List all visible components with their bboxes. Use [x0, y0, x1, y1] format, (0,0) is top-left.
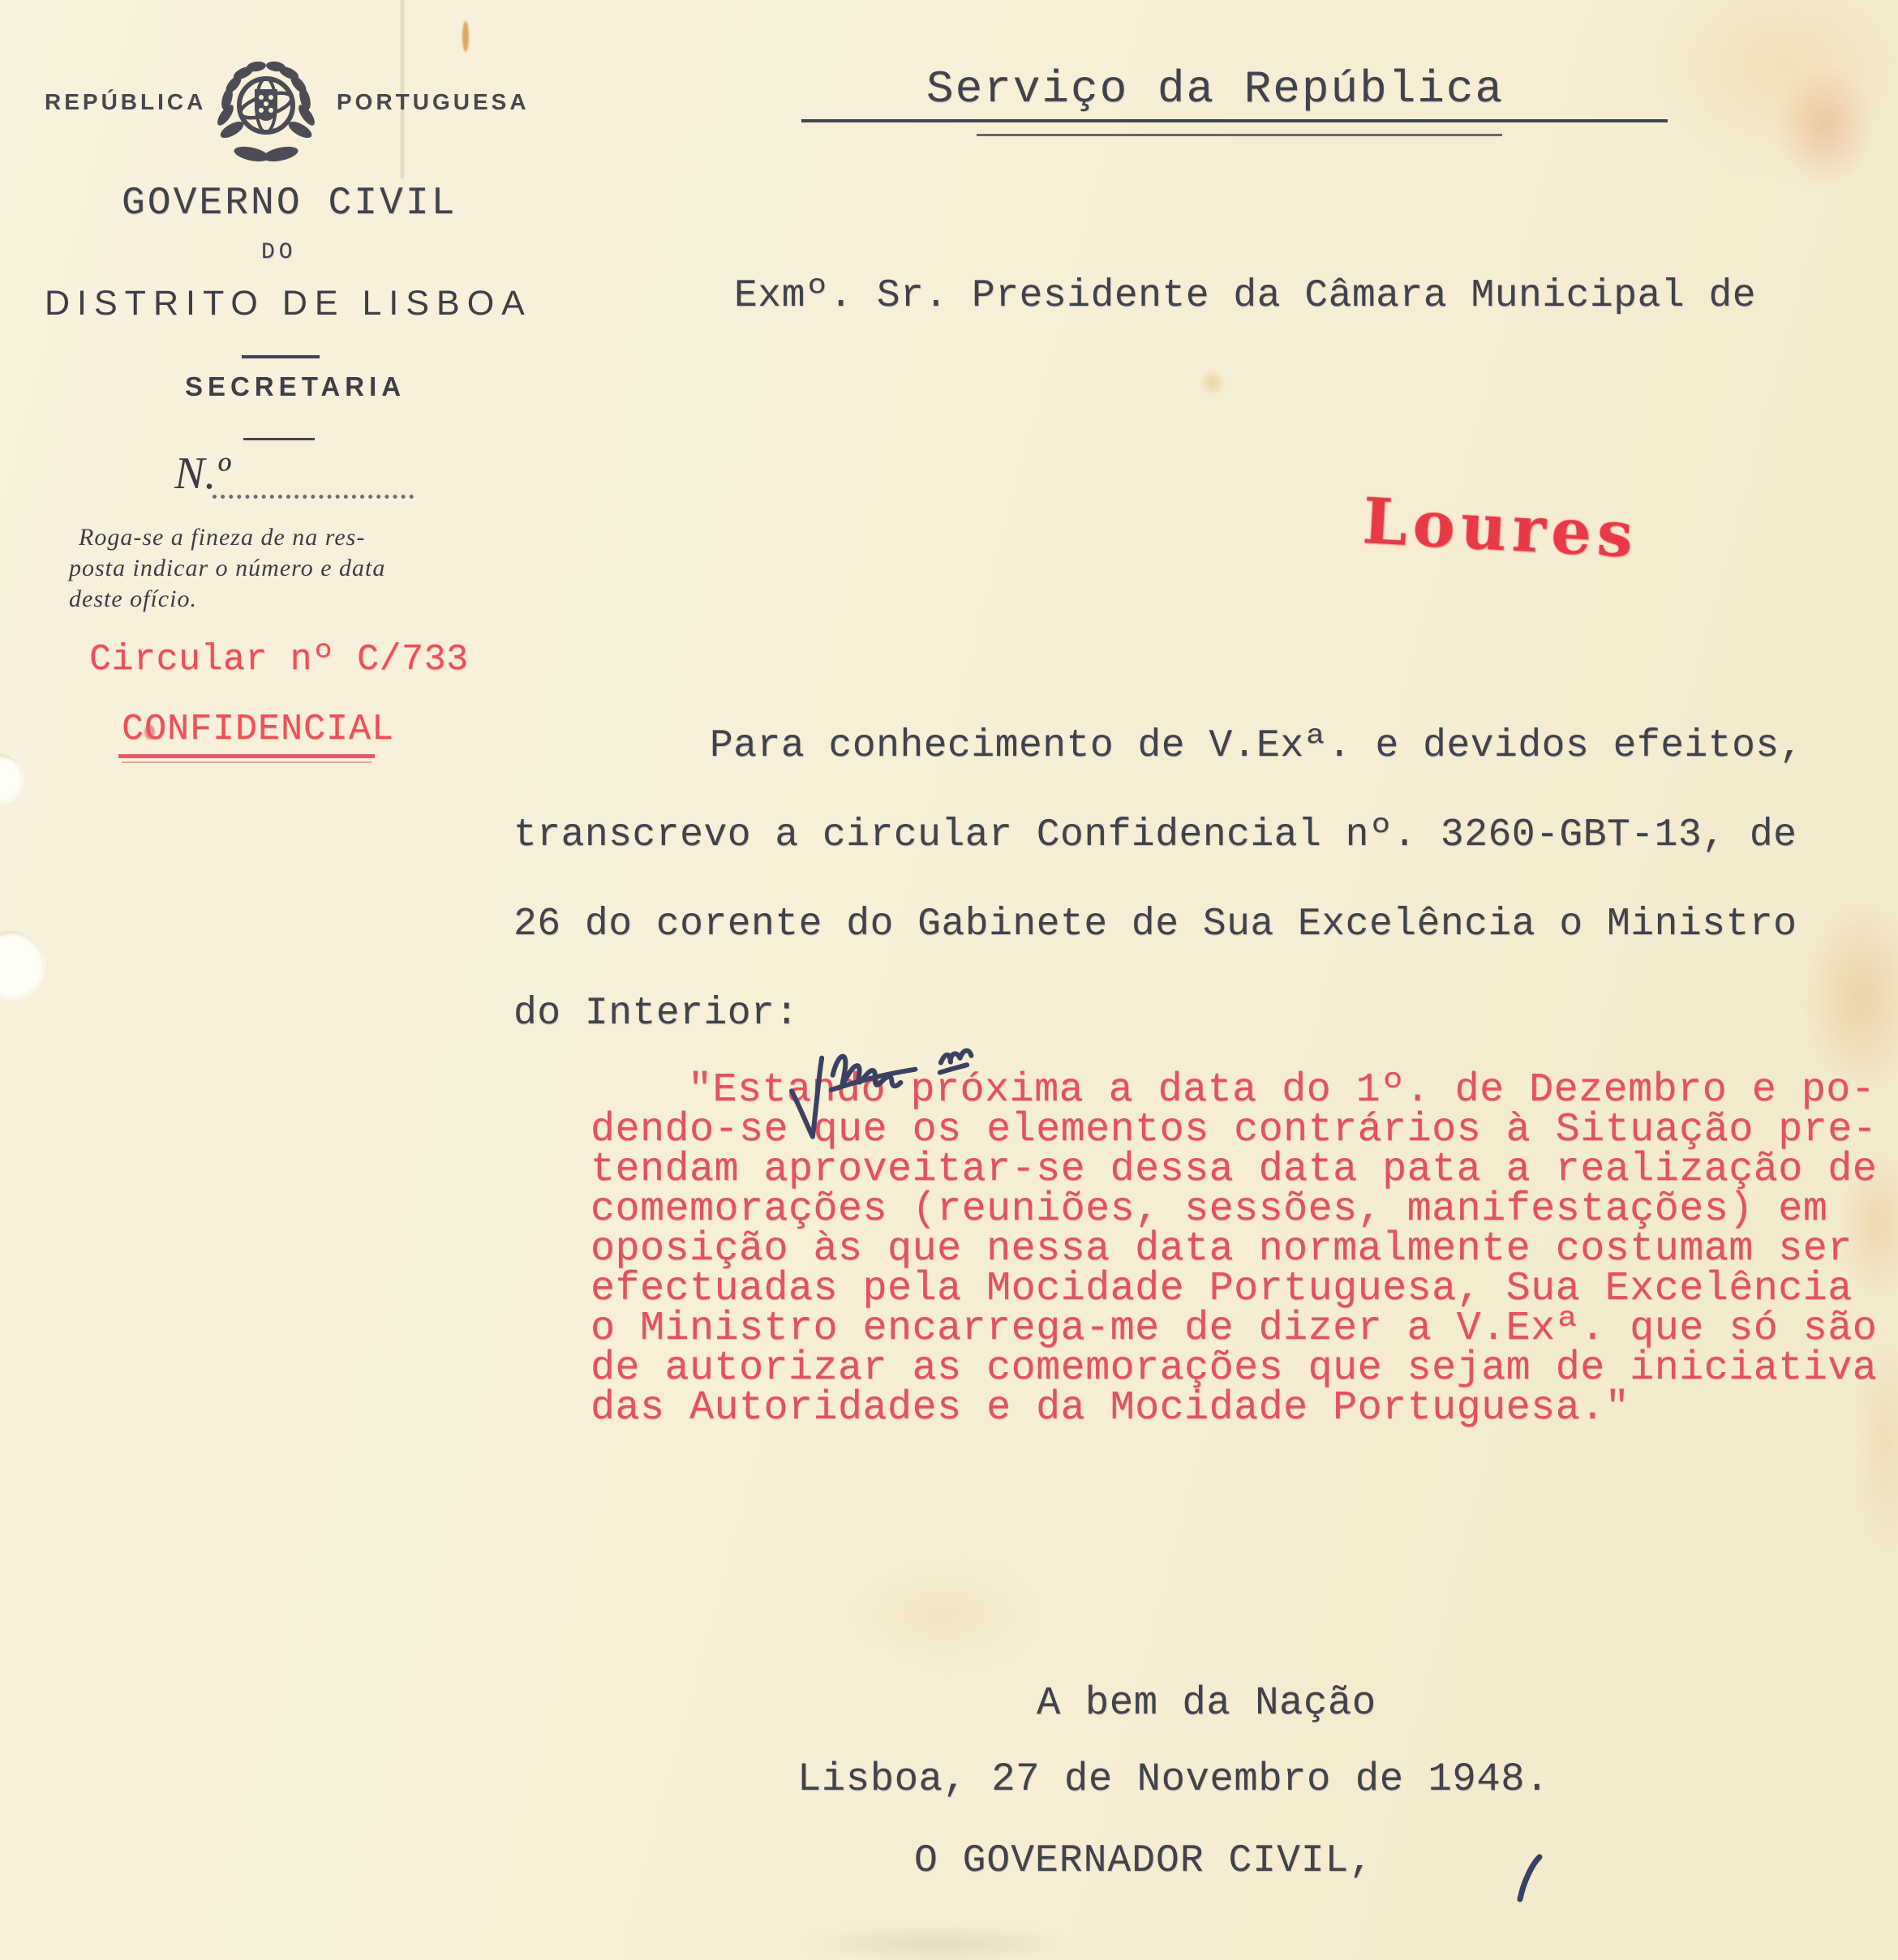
- dateline: Lisboa, 27 de Novembro de 1948.: [797, 1756, 1549, 1802]
- confidential-underline: [118, 754, 375, 758]
- fiber-orange: [462, 21, 469, 52]
- confidential-classification: CONFIDENCIAL: [122, 709, 394, 750]
- signature-stroke: [1510, 1854, 1551, 1902]
- stain-orange-right: [1776, 65, 1874, 187]
- service-title-underline-1: [801, 119, 1668, 122]
- body-line-3: 26 do corente do Gabinete de Sua Excelên…: [513, 903, 1797, 946]
- note-line-1: Roga-se a fineza de na res-: [79, 524, 365, 551]
- note-line-2: posta indicar o número e data: [69, 555, 385, 582]
- service-title: Serviço da República: [926, 63, 1504, 115]
- quote-line-9: das Autoridades e da Mocidade Portuguesa…: [590, 1385, 1630, 1431]
- punch-hole-bottom: [0, 931, 44, 999]
- confidential-underline-2: [122, 761, 371, 763]
- closing-salute: A bem da Nação: [1037, 1680, 1376, 1726]
- numero-fill-line: [213, 461, 414, 499]
- handwritten-insertion: [754, 1023, 1046, 1153]
- coat-of-arms-icon: [209, 50, 323, 172]
- stain-mid-center: [852, 1565, 1030, 1662]
- body-line-2: transcrevo a circular Confidencial nº. 3…: [513, 813, 1797, 857]
- stain-right-edge-mid: [1805, 900, 1898, 1095]
- letterhead-divider-1: [242, 355, 320, 358]
- stain-top-right-corner: [1655, 0, 1898, 162]
- service-title-underline-2: [977, 134, 1502, 136]
- municipality-stamp: Loures: [1361, 484, 1641, 573]
- stain-yellow-spot: [1200, 369, 1225, 397]
- letterhead-republica: REPÚBLICA: [45, 89, 206, 115]
- note-line-3: deste ofício.: [69, 585, 197, 613]
- letterhead-governo-civil: GOVERNO CIVIL: [122, 182, 457, 225]
- letterhead-do: DO: [261, 240, 297, 265]
- addressee-line: Exmº. Sr. Presidente da Câmara Municipal…: [734, 274, 1756, 318]
- circular-number: Circular nº C/733: [89, 639, 469, 680]
- letterhead-secretaria: SECRETARIA: [185, 371, 406, 402]
- scanned-letter-page: REPÚBLICA: [0, 0, 1898, 1960]
- punch-hole-top: [0, 754, 23, 803]
- letterhead-distrito: DISTRITO DE LISBOA: [45, 284, 532, 324]
- letterhead-portuguesa: PORTUGUESA: [337, 89, 530, 115]
- stain-bottom-smudge: [803, 1926, 1071, 1960]
- body-line-1: Para conhecimento de V.Exª. e devidos ef…: [710, 724, 1803, 768]
- letterhead-divider-2: [243, 438, 315, 440]
- signature-title: O GOVERNADOR CIVIL,: [914, 1839, 1373, 1883]
